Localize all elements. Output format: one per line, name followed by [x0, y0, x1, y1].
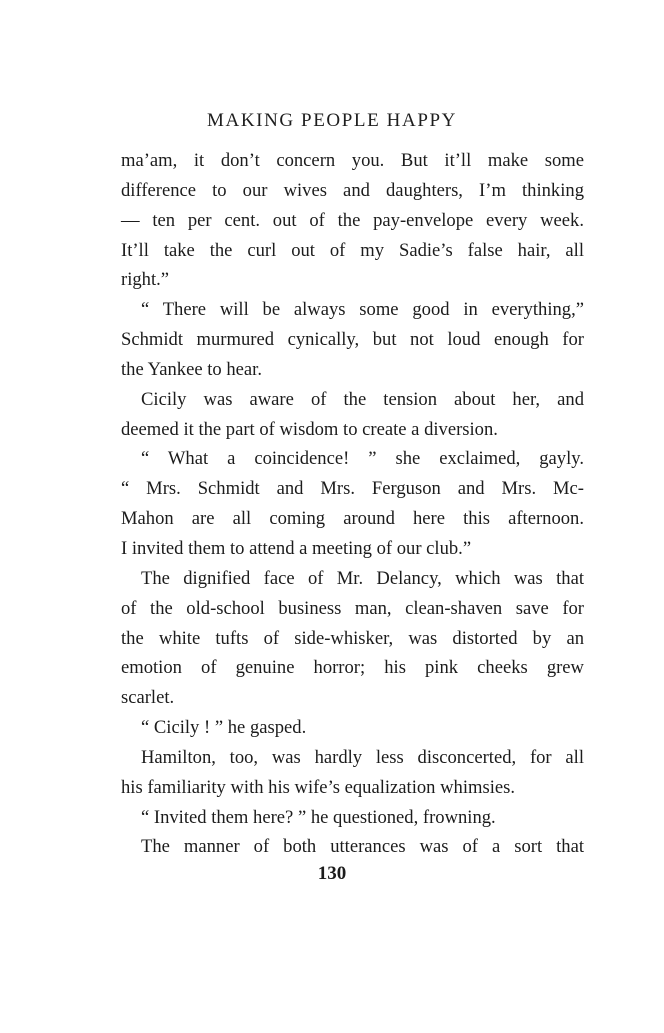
text-line: “ What a coincidence! ” she exclaimed, g…	[121, 444, 584, 474]
text-line: the white tufts of side-whisker, was dis…	[121, 624, 584, 654]
text-line: Schmidt murmured cynically, but not loud…	[121, 325, 584, 355]
text-line: ma’am, it don’t concern you. But it’ll m…	[121, 146, 584, 176]
text-line: the Yankee to hear.	[121, 355, 584, 385]
text-line: — ten per cent. out of the pay-envelope …	[121, 206, 584, 236]
text-line: scarlet.	[121, 683, 584, 713]
text-line: Cicily was aware of the tension about he…	[121, 385, 584, 415]
text-line: “ Mrs. Schmidt and Mrs. Ferguson and Mrs…	[121, 474, 584, 504]
text-line: I invited them to attend a meeting of ou…	[121, 534, 584, 564]
text-line: difference to our wives and daughters, I…	[121, 176, 584, 206]
text-line: deemed it the part of wisdom to create a…	[121, 415, 584, 445]
page-number: 130	[0, 862, 664, 886]
book-page: MAKING PEOPLE HAPPY ma’am, it don’t conc…	[0, 0, 664, 1033]
text-line: The manner of both utterances was of a s…	[121, 832, 584, 862]
text-line: It’ll take the curl out of my Sadie’s fa…	[121, 236, 584, 266]
body-text: ma’am, it don’t concern you. But it’ll m…	[121, 146, 584, 862]
text-line: “ Cicily ! ” he gasped.	[121, 713, 584, 743]
text-line: Mahon are all coming around here this af…	[121, 504, 584, 534]
text-line: “ Invited them here? ” he questioned, fr…	[121, 803, 584, 833]
text-line: emotion of genuine horror; his pink chee…	[121, 653, 584, 683]
text-line: The dignified face of Mr. Delancy, which…	[121, 564, 584, 594]
text-line: his familiarity with his wife’s equaliza…	[121, 773, 584, 803]
text-line: “ There will be always some good in ever…	[121, 295, 584, 325]
text-line: Hamilton, too, was hardly less disconcer…	[121, 743, 584, 773]
running-head: MAKING PEOPLE HAPPY	[0, 109, 664, 133]
text-line: right.”	[121, 265, 584, 295]
text-line: of the old-school business man, clean-sh…	[121, 594, 584, 624]
